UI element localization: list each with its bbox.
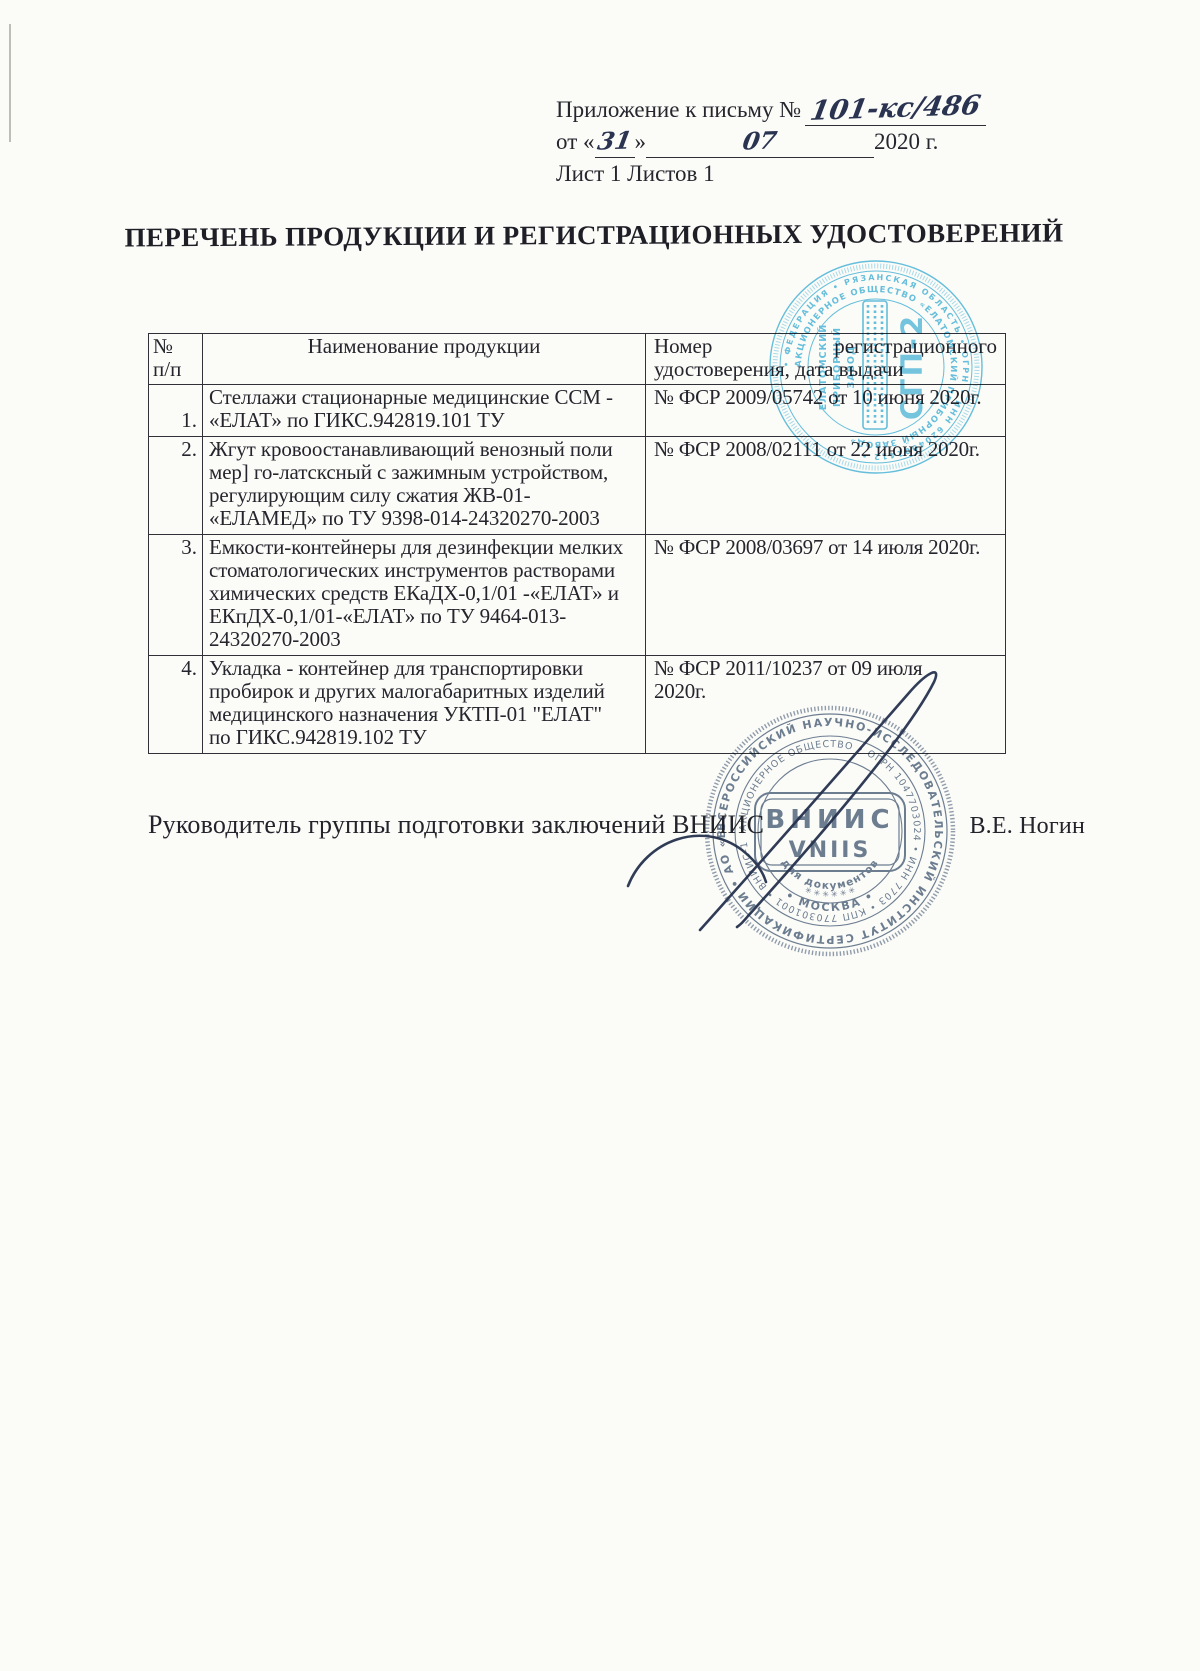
num-header-line2: п/п bbox=[153, 358, 194, 381]
handwritten-letter-number: 101-кс/486 bbox=[809, 96, 982, 122]
page-title: ПЕРЕЧЕНЬ ПРОДУКЦИИ И РЕГИСТРАЦИОННЫХ УДО… bbox=[0, 217, 1188, 254]
header-line-appendix: Приложение к письму № 101-кс/486 bbox=[556, 94, 986, 126]
registration-number: № ФСР 2008/03697 от 14 июля 2020г. bbox=[646, 535, 1006, 656]
registration-number: № ФСР 2011/10237 от 09 июля 2020г. bbox=[646, 656, 1006, 754]
svg-text:для документов: для документов bbox=[779, 857, 882, 892]
signature-stroke bbox=[628, 836, 766, 886]
column-header-num: № п/п bbox=[149, 334, 203, 385]
stamp-marks: ✳ ✳ ✳ ✳ ✳ ✳ bbox=[804, 885, 857, 899]
month-underline: 07 bbox=[646, 126, 874, 158]
product-name: Емкости-контейнеры для дезинфекции мелки… bbox=[203, 535, 646, 656]
table-row: 1. Стеллажи стационарные медицинские ССМ… bbox=[149, 385, 1006, 437]
letter-header-block: Приложение к письму № 101-кс/486 от « 31… bbox=[556, 94, 986, 189]
day-underline: 31 bbox=[595, 126, 635, 158]
svg-text:✳ ✳ ✳ ✳ ✳ ✳: ✳ ✳ ✳ ✳ ✳ ✳ bbox=[804, 885, 857, 899]
products-table: № п/п Наименование продукции Номер регис… bbox=[148, 333, 1006, 754]
reg-header-line1: Номер регистрационного bbox=[654, 335, 997, 358]
signature-row: Руководитель группы подготовки заключени… bbox=[148, 810, 1085, 840]
table-header-row: № п/п Наименование продукции Номер регис… bbox=[149, 334, 1006, 385]
sheet-count-label: Лист 1 Листов 1 bbox=[556, 158, 715, 189]
registration-number: № ФСР 2009/05742 от 10 июня 2020г. bbox=[646, 385, 1006, 437]
signer-name: В.Е. Ногин bbox=[969, 813, 1085, 840]
table-row: 2. Жгут кровоостанавливающий венозный по… bbox=[149, 437, 1006, 535]
row-number: 4. bbox=[149, 656, 203, 754]
product-name: Жгут кровоостанавливающий венозный поли … bbox=[203, 437, 646, 535]
reg-header-word2: регистрационного bbox=[834, 335, 997, 358]
svg-text:• МОСКВА •: • МОСКВА • bbox=[783, 889, 877, 915]
row-number: 2. bbox=[149, 437, 203, 535]
product-name: Укладка - контейнер для транспортировки … bbox=[203, 656, 646, 754]
column-header-reg: Номер регистрационного удостоверения, да… bbox=[646, 334, 1006, 385]
table-row: 4. Укладка - контейнер для транспортиров… bbox=[149, 656, 1006, 754]
table-row: 3. Емкости-контейнеры для дезинфекции ме… bbox=[149, 535, 1006, 656]
row-number: 3. bbox=[149, 535, 203, 656]
stamp-city-text: • МОСКВА • bbox=[783, 889, 877, 915]
reg-header-word1: Номер bbox=[654, 335, 712, 358]
appendix-label: Приложение к письму № bbox=[556, 94, 801, 125]
signer-position-label: Руководитель группы подготовки заключени… bbox=[148, 810, 764, 840]
column-header-name: Наименование продукции bbox=[203, 334, 646, 385]
letter-number-underline: 101-кс/486 bbox=[805, 94, 986, 126]
header-line-date: от « 31 » 07 2020 г. bbox=[556, 126, 986, 158]
row-number: 1. bbox=[149, 385, 203, 437]
products-table-wrapper: № п/п Наименование продукции Номер регис… bbox=[148, 333, 1006, 754]
date-close-quote: » bbox=[635, 126, 647, 157]
stamp-org-abbr-en: VNIIS bbox=[789, 838, 872, 863]
header-line-sheet: Лист 1 Листов 1 bbox=[556, 158, 986, 189]
product-name: Стеллажи стационарные медицинские ССМ - … bbox=[203, 385, 646, 437]
stamp-purpose-text: для документов bbox=[779, 857, 882, 892]
scan-artifact-line bbox=[9, 24, 11, 142]
date-prefix: от « bbox=[556, 126, 595, 157]
reg-header-line2: удостоверения, дата выдачи bbox=[654, 358, 997, 381]
scanned-document-page: Приложение к письму № 101-кс/486 от « 31… bbox=[0, 0, 1200, 1671]
handwritten-day: 31 bbox=[596, 131, 633, 150]
registration-number: № ФСР 2008/02111 от 22 июня 2020г. bbox=[646, 437, 1006, 535]
num-header-line1: № bbox=[153, 335, 194, 358]
year-label: 2020 г. bbox=[874, 126, 938, 157]
handwritten-month: 07 bbox=[742, 131, 779, 150]
